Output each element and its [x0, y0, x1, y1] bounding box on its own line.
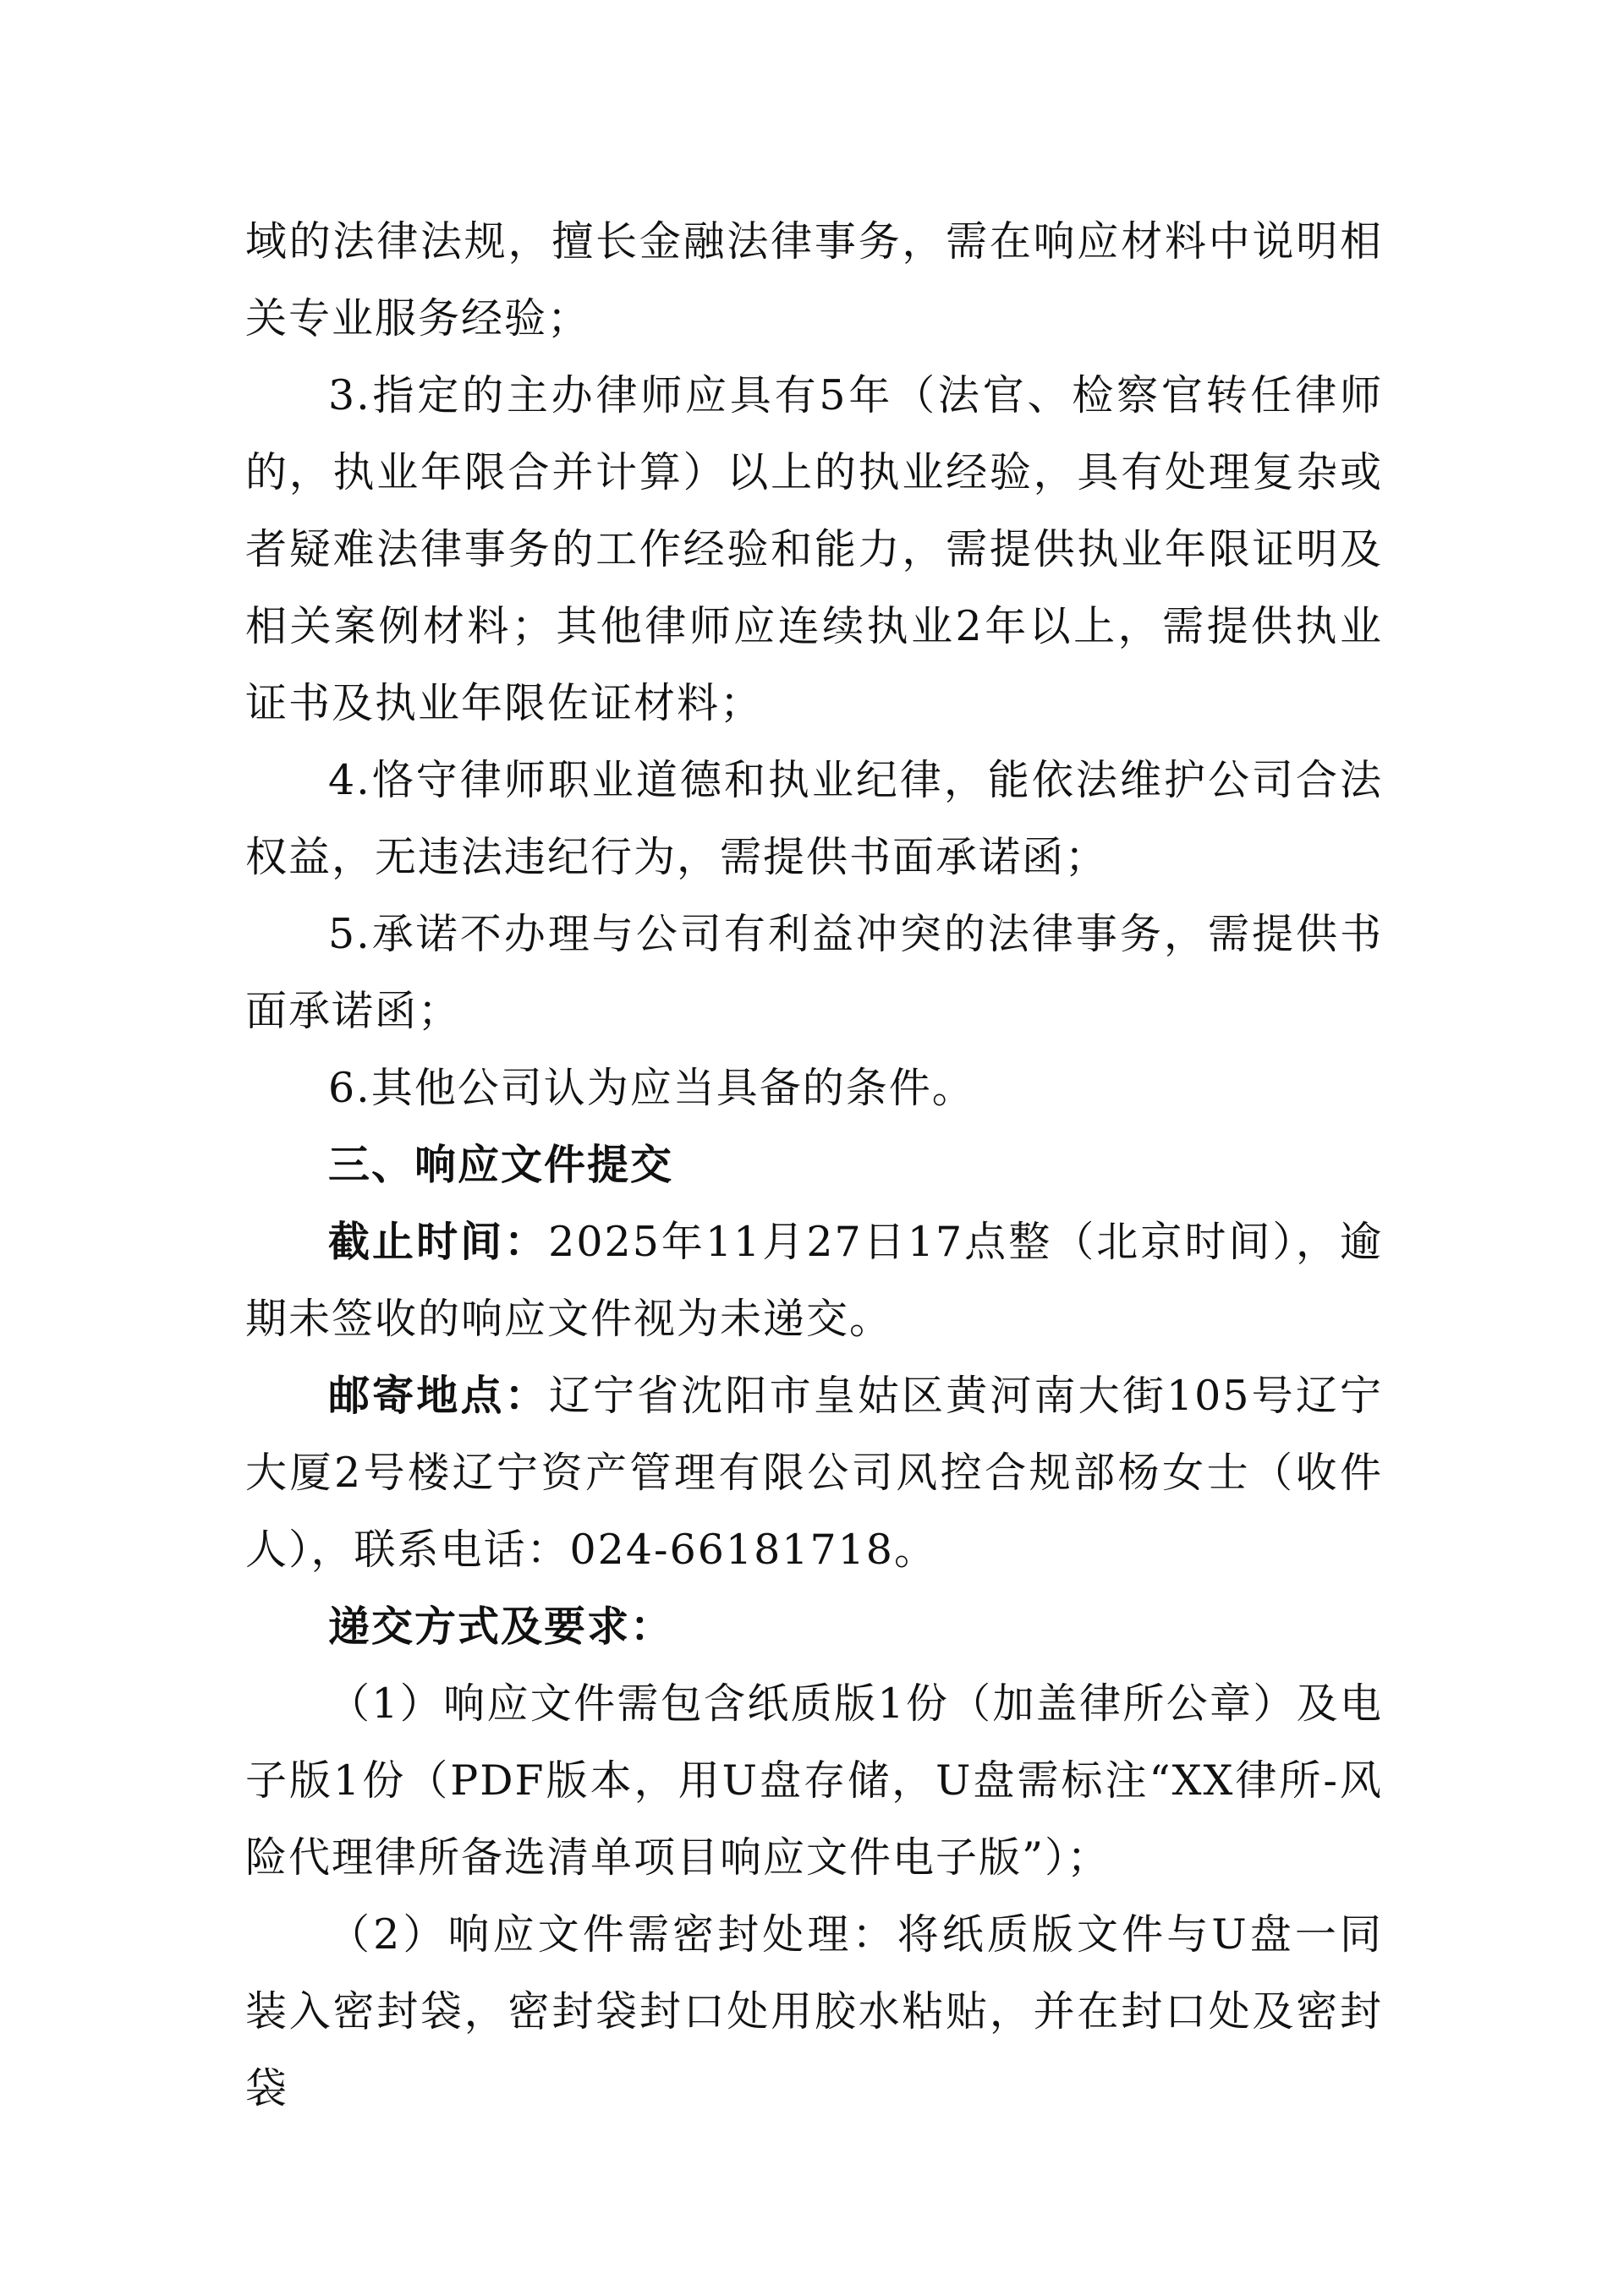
paragraph-continuation: 域的法律法规，擅长金融法律事务，需在响应材料中说明相关专业服务经验；	[245, 203, 1383, 357]
submission-item-2: （2）响应文件需密封处理：将纸质版文件与U盘一同装入密封袋，密封袋封口处用胶水粘…	[245, 1896, 1383, 2127]
paragraph-item-4: 4.恪守律师职业道德和执业纪律，能依法维护公司合法权益，无违法违纪行为，需提供书…	[245, 742, 1383, 896]
paragraph-item-5: 5.承诺不办理与公司有利益冲突的法律事务，需提供书面承诺函；	[245, 896, 1383, 1049]
submission-item-1: （1）响应文件需包含纸质版1份（加盖律所公章）及电子版1份（PDF版本，用U盘存…	[245, 1665, 1383, 1896]
section-heading: 三、响应文件提交	[245, 1126, 1383, 1203]
mailing-label: 邮寄地点：	[328, 1371, 549, 1420]
deadline-label: 截止时间：	[328, 1217, 548, 1266]
paragraph-item-3: 3.指定的主办律师应具有5年（法官、检察官转任律师的，执业年限合并计算）以上的执…	[245, 357, 1383, 742]
paragraph-item-6: 6.其他公司认为应当具备的条件。	[245, 1049, 1383, 1126]
submission-label: 递交方式及要求：	[328, 1602, 673, 1651]
submission-label-paragraph: 递交方式及要求：	[245, 1588, 1383, 1665]
document-page: 域的法律法规，擅长金融法律事务，需在响应材料中说明相关专业服务经验； 3.指定的…	[245, 203, 1383, 2127]
deadline-paragraph: 截止时间：2025年11月27日17点整（北京时间），逾期未签收的响应文件视为未…	[245, 1203, 1383, 1357]
mailing-paragraph: 邮寄地点：辽宁省沈阳市皇姑区黄河南大街105号辽宁大厦2号楼辽宁资产管理有限公司…	[245, 1357, 1383, 1588]
